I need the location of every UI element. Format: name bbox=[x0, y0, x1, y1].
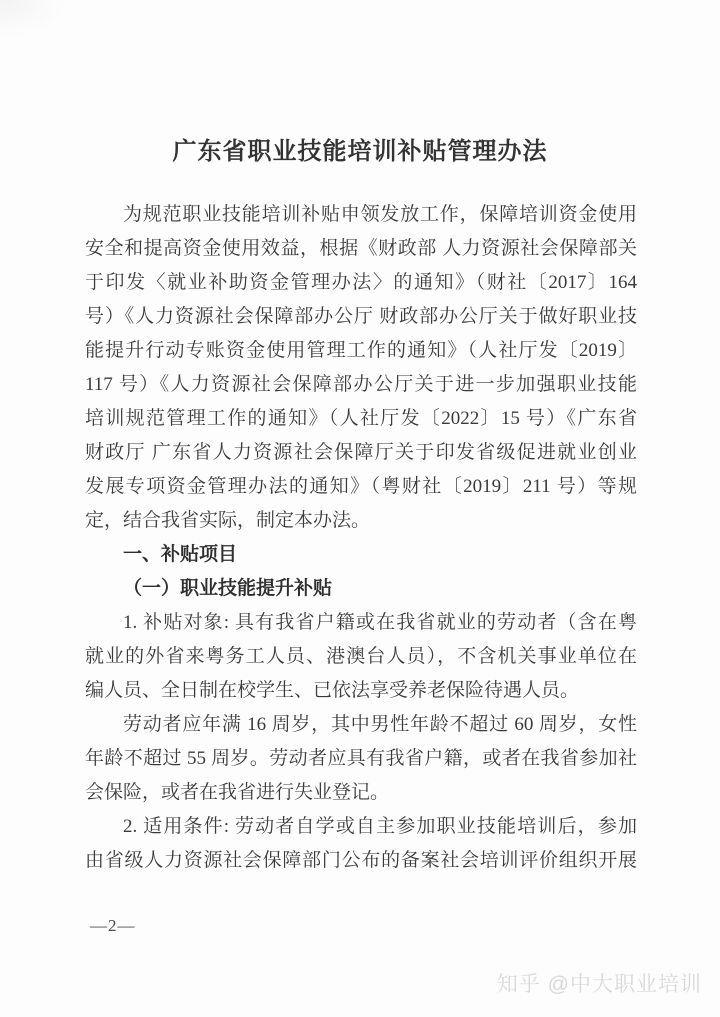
text-line: 117 号）《人力资源社会保障部办公厅关于进一步加强职业技能 bbox=[85, 368, 637, 402]
text-line: 定，结合我省实际，制定本办法。 bbox=[85, 504, 637, 538]
scan-artifact bbox=[0, 0, 70, 40]
text-line: 财政厅 广东省人力资源社会保障厅关于印发省级促进就业创业 bbox=[85, 436, 637, 470]
text-line: 由省级人力资源社会保障部门公布的备案社会培训评价组织开展 bbox=[85, 844, 637, 878]
text-line: 能提升行动专账资金使用管理工作的通知》（人社厅发〔2019〕 bbox=[85, 334, 637, 368]
subsection-heading: （一）职业技能提升补贴 bbox=[85, 572, 637, 606]
text-line: 于印发〈就业补助资金管理办法〉的通知》（财社〔2017〕164 bbox=[85, 266, 637, 300]
text-line: 为规范职业技能培训补贴申领发放工作，保障培训资金使用 bbox=[85, 198, 637, 232]
text-line: 培训规范管理工作的通知》（人社厅发〔2022〕15 号）《广东省 bbox=[85, 402, 637, 436]
document-body: 为规范职业技能培训补贴申领发放工作，保障培训资金使用 安全和提高资金使用效益，根… bbox=[85, 198, 637, 878]
watermark: 知乎 @中大职业培训 bbox=[497, 968, 702, 998]
text-line: 安全和提高资金使用效益，根据《财政部 人力资源社会保障部关 bbox=[85, 232, 637, 266]
section-heading: 一、补贴项目 bbox=[85, 538, 637, 572]
text-line: 劳动者应年满 16 周岁，其中男性年龄不超过 60 周岁，女性 bbox=[85, 708, 637, 742]
text-line: 会保险，或者在我省进行失业登记。 bbox=[85, 776, 637, 810]
page-number: —2— bbox=[90, 916, 136, 936]
text-line: 2. 适用条件: 劳动者自学或自主参加职业技能培训后，参加 bbox=[85, 810, 637, 844]
text-line: 发展专项资金管理办法的通知》（粤财社〔2019〕211 号）等规 bbox=[85, 470, 637, 504]
text-line: 号）《人力资源社会保障部办公厅 财政部办公厅关于做好职业技 bbox=[85, 300, 637, 334]
text-line: 就业的外省来粤务工人员、港澳台人员），不含机关事业单位在 bbox=[85, 640, 637, 674]
document-page: 广东省职业技能培训补贴管理办法 为规范职业技能培训补贴申领发放工作，保障培训资金… bbox=[0, 0, 720, 1017]
text-line: 年龄不超过 55 周岁。劳动者应具有我省户籍，或者在我省参加社 bbox=[85, 742, 637, 776]
text-line: 1. 补贴对象: 具有我省户籍或在我省就业的劳动者（含在粤 bbox=[85, 606, 637, 640]
document-title: 广东省职业技能培训补贴管理办法 bbox=[0, 131, 720, 166]
text-line: 编人员、全日制在校学生、已依法享受养老保险待遇人员。 bbox=[85, 674, 637, 708]
